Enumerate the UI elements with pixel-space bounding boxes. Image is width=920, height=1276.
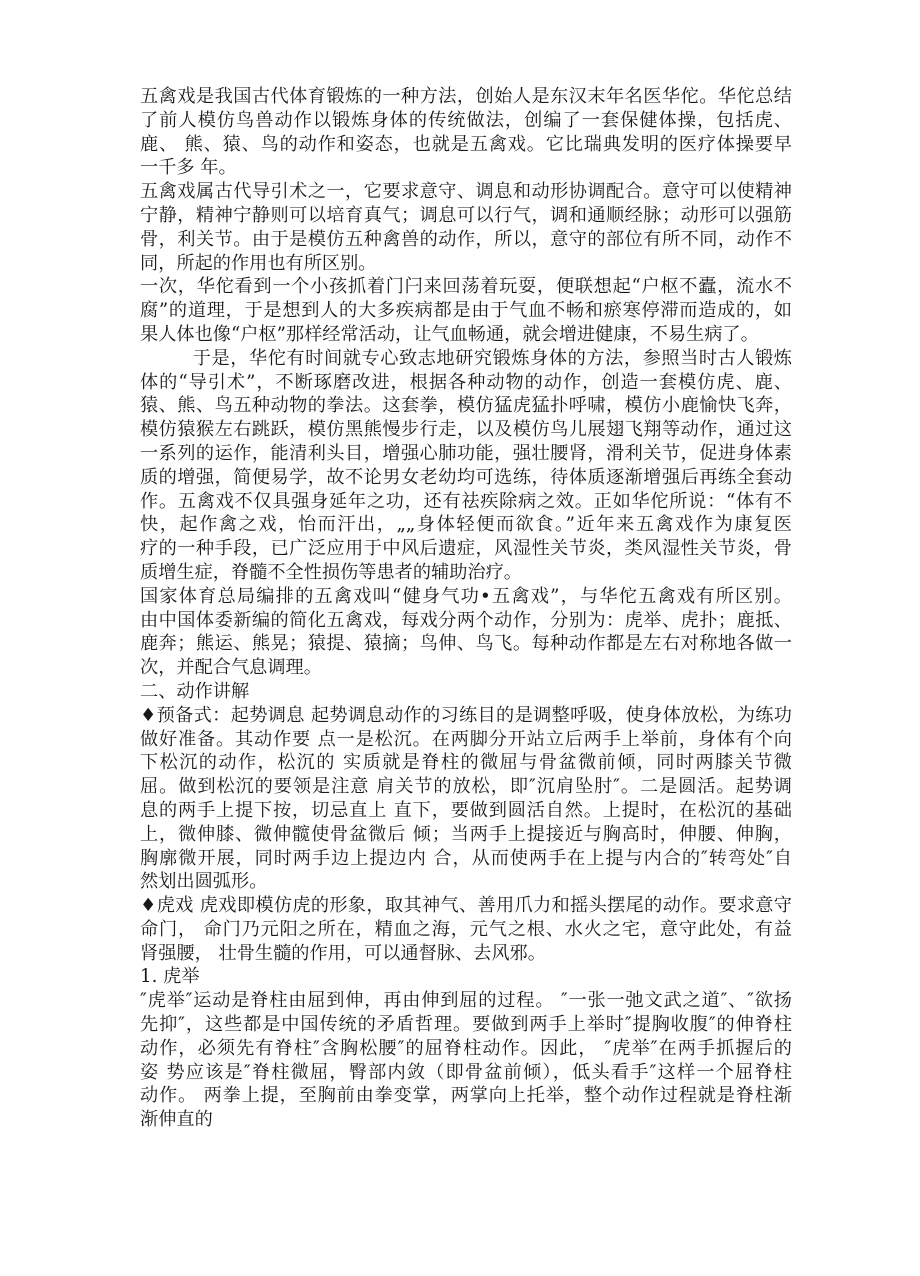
text-line: 质增生症，脊髓不全性损伤等患者的辅助治疗。 — [140, 561, 792, 585]
text-line: 二、动作讲解 — [140, 680, 792, 704]
text-line: 骨，利关节。由于是模仿五种禽兽的动作，所以，意守的部位有所不同，动作不 — [140, 228, 792, 252]
section-heading: 二、动作讲解 — [140, 680, 792, 704]
text-line: 一千多 年。 — [140, 156, 792, 180]
text-line: 上，微伸膝、微伸髋使骨盆微后 倾；当两手上提接近与胸高时，伸腰、伸胸， — [140, 823, 792, 847]
text-line: 猿、熊、鸟五种动物的拳法。这套拳，模仿猛虎猛扑呼啸，模仿小鹿愉快飞奔， — [140, 394, 792, 418]
text-line: 模仿猿猴左右跳跃，模仿黑熊慢步行走，以及模仿鸟儿展翅飞翔等动作，通过这 — [140, 418, 792, 442]
text-line: 先抑″，这些都是中国传统的矛盾哲理。要做到两手上举时″提胸收腹″的伸脊柱 — [140, 1013, 792, 1037]
text-line: 腐”的道理，于是想到人的大多疾病都是由于气血不畅和瘀寒停滞而造成的，如 — [140, 299, 792, 323]
text-line: 国家体育总局编排的五禽戏叫“健身气功•五禽戏”，与华佗五禽戏有所区别。 — [140, 585, 792, 609]
text-line: ♦虎戏 虎戏即模仿虎的形象，取其神气、善用爪力和摇头摆尾的动作。要求意守 — [140, 894, 792, 918]
text-line: 鹿奔；熊运、熊晃；猿提、猿摘；鸟伸、鸟飞。每种动作都是左右对称地各做一 — [140, 632, 792, 656]
text-line: 胸廓微开展，同时两手边上提边内 合，从而使两手在上提与内合的″转弯处″自 — [140, 847, 792, 871]
text-line: 于是，华佗有时间就专心致志地研究锻炼身体的方法，参照当时古人锻炼身 — [140, 347, 792, 371]
section-heading: 1. 虎举 — [140, 965, 792, 989]
text-line: 宁静，精神宁静则可以培育真气；调息可以行气，调和通顺经脉；动形可以强筋 — [140, 204, 792, 228]
paragraph: 于是，华佗有时间就专心致志地研究锻炼身体的方法，参照当时古人锻炼身体的“导引术”… — [140, 347, 792, 585]
text-line: 一系列的运作，能清利头目，增强心肺功能，强壮腰肾，滑利关节，促进身体素 — [140, 442, 792, 466]
text-line: 果人体也像“户枢”那样经常活动，让气血畅通，就会增进健康，不易生病了。 — [140, 323, 792, 347]
text-line: 1. 虎举 — [140, 965, 792, 989]
text-line: 做好准备。其动作要 点一是松沉。在两脚分开站立后两手上举前，身体有个向 — [140, 728, 792, 752]
paragraph: ♦预备式：起势调息 起势调息动作的习练目的是调整呼吸，使身体放松，为练功做好准备… — [140, 704, 792, 894]
text-line: 动作，必须先有脊柱″含胸松腰″的屈脊柱动作。因此， ″虎举″在两手抓握后的 — [140, 1037, 792, 1061]
text-line: 体的“导引术”，不断琢磨改进，根据各种动物的动作，创造一套模仿虎、鹿、 — [140, 371, 792, 395]
text-line: 下松沉的动作，松沉的 实质就是脊柱的微屈与骨盆微前倾，同时两膝关节微 — [140, 751, 792, 775]
text-line: 快，起作禽之戏，怡而汗出，„„身体轻便而欲食。”近年来五禽戏作为康复医 — [140, 513, 792, 537]
text-line: 一次，华佗看到一个小孩抓着门闩来回荡着玩耍，便联想起“户枢不蠹，流水不 — [140, 275, 792, 299]
text-line: 然划出圆弧形。 — [140, 870, 792, 894]
text-line: 由中国体委新编的简化五禽戏，每戏分两个动作，分别为：虎举、虎扑；鹿抵、 — [140, 609, 792, 633]
text-line: ♦预备式：起势调息 起势调息动作的习练目的是调整呼吸，使身体放松，为练功 — [140, 704, 792, 728]
text-line: 五禽戏属古代导引术之一，它要求意守、调息和动形协调配合。意守可以使精神 — [140, 180, 792, 204]
document-content: 五禽戏是我国古代体育锻炼的一种方法，创始人是东汉末年名医华佗。华佗总结了前人模仿… — [140, 85, 792, 1132]
paragraph: 一次，华佗看到一个小孩抓着门闩来回荡着玩耍，便联想起“户枢不蠹，流水不腐”的道理… — [140, 275, 792, 346]
text-line: 姿 势应该是″脊柱微屈，臀部内敛（即骨盆前倾），低头看手″这样一个屈脊柱 — [140, 1061, 792, 1085]
paragraph: 国家体育总局编排的五禽戏叫“健身气功•五禽戏”，与华佗五禽戏有所区别。由中国体委… — [140, 585, 792, 680]
text-line: 鹿、 熊、猿、鸟的动作和姿态，也就是五禽戏。它比瑞典发明的医疗体操要早 — [140, 133, 792, 157]
text-line: ″虎举″运动是脊柱由屈到伸，再由伸到屈的过程。 ″一张一弛文武之道″、″欲扬 — [140, 989, 792, 1013]
text-line: 渐伸直的 — [140, 1108, 792, 1132]
paragraph: 五禽戏是我国古代体育锻炼的一种方法，创始人是东汉末年名医华佗。华佗总结了前人模仿… — [140, 85, 792, 180]
document-page: 五禽戏是我国古代体育锻炼的一种方法，创始人是东汉末年名医华佗。华佗总结了前人模仿… — [0, 0, 920, 1276]
text-line: 了前人模仿鸟兽动作以锻炼身体的传统做法，创编了一套保健体操，包括虎、 — [140, 109, 792, 133]
text-line: 息的两手上提下按，切忌直上 直下，要做到圆活自然。上提时，在松沉的基础 — [140, 799, 792, 823]
text-line: 次，并配合气息调理。 — [140, 656, 792, 680]
text-line: 命门， 命门乃元阳之所在，精血之海，元气之根、水火之宅，意守此处，有益 — [140, 918, 792, 942]
text-line: 屈。做到松沉的要领是注意 肩关节的放松，即″沉肩坠肘″。二是圆活。起势调 — [140, 775, 792, 799]
paragraph: 五禽戏属古代导引术之一，它要求意守、调息和动形协调配合。意守可以使精神宁静，精神… — [140, 180, 792, 275]
text-line: 五禽戏是我国古代体育锻炼的一种方法，创始人是东汉末年名医华佗。华佗总结 — [140, 85, 792, 109]
paragraph: ″虎举″运动是脊柱由屈到伸，再由伸到屈的过程。 ″一张一弛文武之道″、″欲扬先抑… — [140, 989, 792, 1132]
paragraph: ♦虎戏 虎戏即模仿虎的形象，取其神气、善用爪力和摇头摆尾的动作。要求意守命门， … — [140, 894, 792, 965]
text-line: 同，所起的作用也有所区别。 — [140, 252, 792, 276]
text-line: 肾强腰， 壮骨生髓的作用，可以通督脉、去风邪。 — [140, 942, 792, 966]
text-line: 作。五禽戏不仅具强身延年之功，还有祛疾除病之效。正如华佗所说：“体有不 — [140, 490, 792, 514]
text-line: 动作。 两拳上提，至胸前由拳变掌，两掌向上托举，整个动作过程就是脊柱渐 — [140, 1084, 792, 1108]
text-line: 疗的一种手段，已广泛应用于中风后遗症，风湿性关节炎，类风湿性关节炎，骨 — [140, 537, 792, 561]
text-line: 质的增强，简便易学，故不论男女老幼均可选练，待体质逐渐增强后再练全套动 — [140, 466, 792, 490]
